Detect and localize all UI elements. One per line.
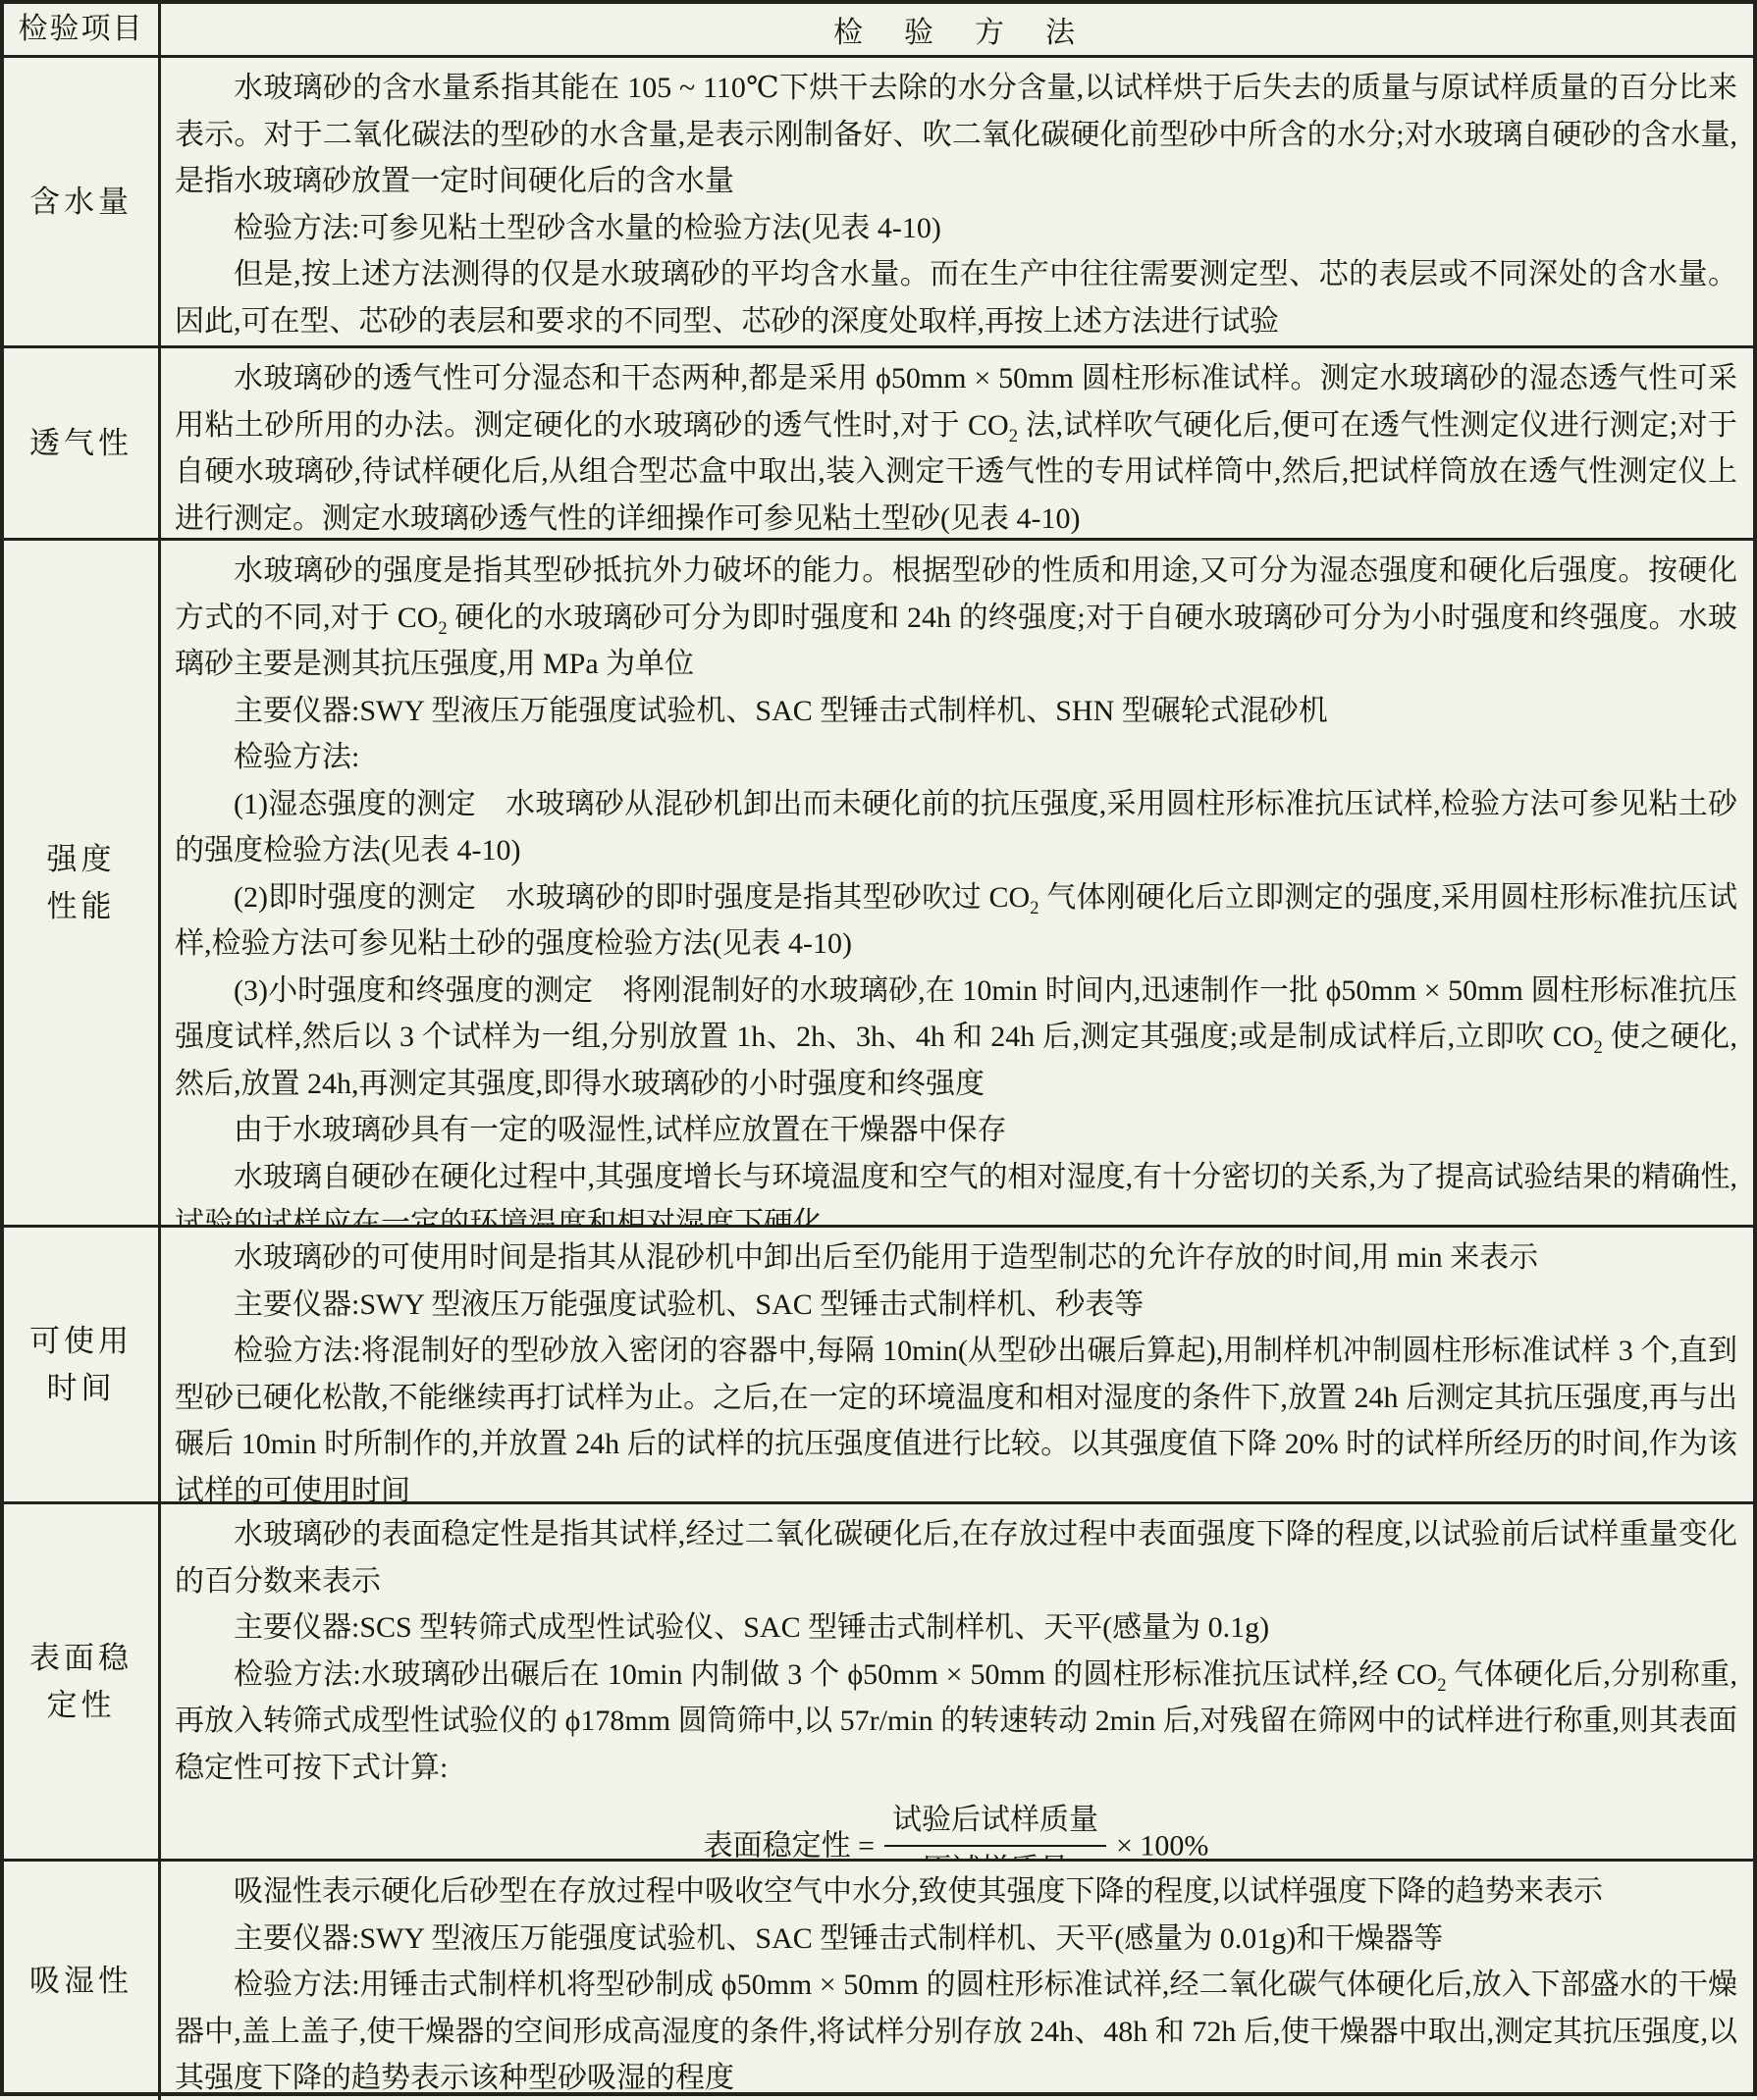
row-method-strength-properties: 水玻璃砂的强度是指其型砂抵抗外力破坏的能力。根据型砂的性质和用途,又可分为湿态强… bbox=[161, 541, 1753, 1225]
paragraph: 水玻璃砂的强度是指其型砂抵抗外力破坏的能力。根据型砂的性质和用途,又可分为湿态强… bbox=[175, 548, 1737, 688]
row-label-line: 时间 bbox=[47, 1365, 116, 1412]
table-row-strength-properties: 强度性能水玻璃砂的强度是指其型砂抵抗外力破坏的能力。根据型砂的性质和用途,又可分… bbox=[4, 538, 1753, 1225]
subscript: 2 bbox=[1030, 898, 1038, 919]
row-label-permeability: 透气性 bbox=[4, 348, 161, 538]
formula-numerator: 试验后试样质量 bbox=[884, 1801, 1106, 1845]
row-method-hygroscopicity: 吸湿性表示硬化后砂型在存放过程中吸收空气中水分,致使其强度下降的程度,以试样强度… bbox=[161, 1862, 1753, 2100]
row-method-surface-stability: 水玻璃砂的表面稳定性是指其试样,经过二氧化碳硬化后,在存放过程中表面强度下降的程… bbox=[161, 1504, 1753, 1859]
subscript: 2 bbox=[1594, 1037, 1603, 1058]
row-label-line: 可使用 bbox=[29, 1318, 133, 1365]
paragraph: 检验方法:水玻璃砂出碾后在 10min 内制做 3 个 ϕ50mm × 50mm… bbox=[175, 1652, 1737, 1792]
paragraph: 主要仪器:SWY 型液压万能强度试验机、SAC 型锤击式制样机、秒表等 bbox=[175, 1282, 1737, 1329]
paragraph: (1)湿态强度的测定 水玻璃砂从混砂机卸出而未硬化前的抗压强度,采用圆柱形标准抗… bbox=[175, 781, 1737, 874]
paragraph: 检验方法: bbox=[175, 734, 1737, 781]
paragraph: (3)小时强度和终强度的测定 将刚混制好的水玻璃砂,在 10min 时间内,迅速… bbox=[175, 968, 1737, 1108]
row-label-surface-stability: 表面稳定性 bbox=[4, 1504, 161, 1859]
formula-rhs: × 100% bbox=[1116, 1829, 1208, 1859]
paragraph: 水玻璃砂的含水量系指其能在 105 ~ 110℃下烘干去除的水分含量,以试样烘于… bbox=[175, 65, 1737, 205]
paragraph: 检验方法:将混制好的型砂放入密闭的容器中,每隔 10min(从型砂出碾后算起),… bbox=[175, 1328, 1737, 1501]
subscript: 2 bbox=[438, 618, 447, 639]
paragraph: 水玻璃砂的可使用时间是指其从混砂机中卸出后至仍能用于造型制芯的允许存放的时间,用… bbox=[175, 1234, 1737, 1282]
table-row-usable-time: 可使用时间水玻璃砂的可使用时间是指其从混砂机中卸出后至仍能用于造型制芯的允许存放… bbox=[4, 1225, 1753, 1501]
paragraph: 检验方法:可参见粘土型砂含水量的检验方法(见表 4-10) bbox=[175, 205, 1737, 252]
paragraph: 检验方法:用锤击式制样机将型砂制成 ϕ50mm × 50mm 的圆柱形标准试祥,… bbox=[175, 1962, 1737, 2100]
table-row-permeability: 透气性水玻璃砂的透气性可分湿态和干态两种,都是采用 ϕ50mm × 50mm 圆… bbox=[4, 345, 1753, 538]
row-method-permeability: 水玻璃砂的透气性可分湿态和干态两种,都是采用 ϕ50mm × 50mm 圆柱形标… bbox=[161, 348, 1753, 538]
inspection-methods-table: 检验项目 检 验 方 法 含水量水玻璃砂的含水量系指其能在 105 ~ 110℃… bbox=[0, 0, 1757, 2096]
row-label-line: 表面稳 bbox=[29, 1635, 133, 1682]
formula-fraction: 试验后试样质量原试样质量 bbox=[884, 1801, 1106, 1859]
formula-lhs: 表面稳定性 = bbox=[704, 1829, 875, 1859]
paragraph: 由于水玻璃砂具有一定的吸湿性,试样应放置在干燥器中保存 bbox=[175, 1107, 1737, 1154]
header-item-label: 检验项目 bbox=[4, 4, 161, 55]
paragraph: 主要仪器:SWY 型液压万能强度试验机、SAC 型锤击式制样机、SHN 型碾轮式… bbox=[175, 688, 1737, 735]
row-label-usable-time: 可使用时间 bbox=[4, 1228, 161, 1501]
paragraph: (2)即时强度的测定 水玻璃砂的即时强度是指其型砂吹过 CO2 气体刚硬化后立即… bbox=[175, 874, 1737, 968]
paragraph: 水玻璃砂的表面稳定性是指其试样,经过二氧化碳硬化后,在存放过程中表面强度下降的程… bbox=[175, 1511, 1737, 1604]
paragraph: 水玻璃自硬砂在硬化过程中,其强度增长与环境温度和空气的相对湿度,有十分密切的关系… bbox=[175, 1154, 1737, 1226]
paragraph: 水玻璃砂的透气性可分湿态和干态两种,都是采用 ϕ50mm × 50mm 圆柱形标… bbox=[175, 355, 1737, 538]
paragraph: 吸湿性表示硬化后砂型在存放过程中吸收空气中水分,致使其强度下降的程度,以试样强度… bbox=[175, 1868, 1737, 1916]
row-label-line: 吸湿性 bbox=[29, 1958, 133, 2005]
row-label-strength-properties: 强度性能 bbox=[4, 541, 161, 1225]
row-label-line: 强度 bbox=[47, 836, 116, 883]
subscript: 2 bbox=[1009, 426, 1018, 446]
paragraph: 但是,按上述方法测得的仅是水玻璃砂的平均含水量。而在生产中往往需要测定型、芯的表… bbox=[175, 251, 1737, 344]
formula-denominator: 原试样质量 bbox=[884, 1845, 1106, 1859]
paragraph: 主要仪器:SCS 型转筛式成型性试验仪、SAC 型锤击式制样机、天平(感量为 0… bbox=[175, 1604, 1737, 1652]
row-method-usable-time: 水玻璃砂的可使用时间是指其从混砂机中卸出后至仍能用于造型制芯的允许存放的时间,用… bbox=[161, 1228, 1753, 1501]
table-row-water-content: 含水量水玻璃砂的含水量系指其能在 105 ~ 110℃下烘干去除的水分含量,以试… bbox=[4, 55, 1753, 345]
paragraph: 主要仪器:SWY 型液压万能强度试验机、SAC 型锤击式制样机、天平(感量为 0… bbox=[175, 1916, 1737, 1963]
row-label-water-content: 含水量 bbox=[4, 58, 161, 345]
row-label-line: 透气性 bbox=[29, 420, 133, 467]
subscript: 2 bbox=[1437, 1675, 1446, 1696]
row-method-water-content: 水玻璃砂的含水量系指其能在 105 ~ 110℃下烘干去除的水分含量,以试样烘于… bbox=[161, 58, 1753, 345]
row-label-hygroscopicity: 吸湿性 bbox=[4, 1862, 161, 2100]
table-row-hygroscopicity: 吸湿性吸湿性表示硬化后砂型在存放过程中吸收空气中水分,致使其强度下降的程度,以试… bbox=[4, 1859, 1753, 2100]
header-method-label: 检 验 方 法 bbox=[161, 4, 1753, 55]
row-label-line: 性能 bbox=[47, 883, 116, 930]
row-label-line: 含水量 bbox=[29, 179, 133, 226]
row-label-line: 定性 bbox=[47, 1682, 116, 1729]
table-header-row: 检验项目 检 验 方 法 bbox=[4, 4, 1753, 55]
table-row-surface-stability: 表面稳定性水玻璃砂的表面稳定性是指其试样,经过二氧化碳硬化后,在存放过程中表面强… bbox=[4, 1501, 1753, 1859]
surface-stability-formula: 表面稳定性 =试验后试样质量原试样质量× 100% bbox=[175, 1801, 1737, 1859]
